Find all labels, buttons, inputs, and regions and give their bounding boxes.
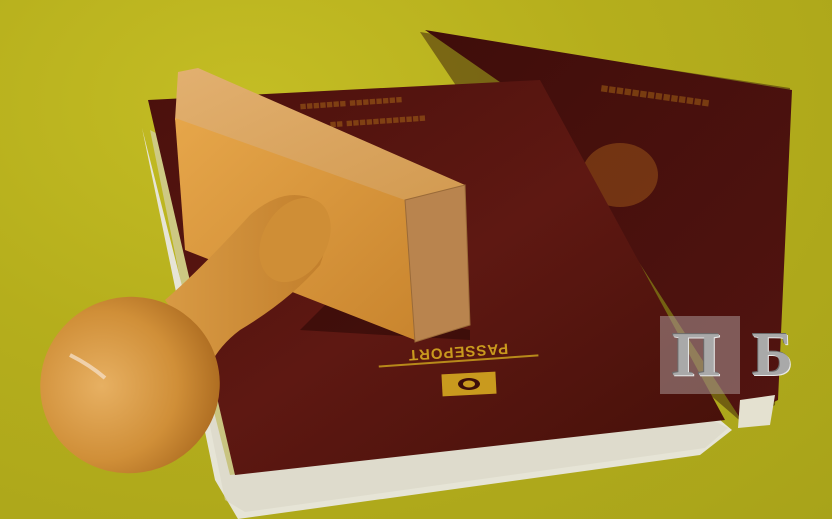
watermark-letter-b: Б: [752, 316, 793, 394]
photo-scene: ■■■■■■■■■■■■■■ ■■■■■■■ ■■■■■■■■ ■■ ■■■■■…: [0, 0, 832, 519]
watermark-logo: П Б: [660, 316, 800, 394]
photo-illustration: ■■■■■■■■■■■■■■ ■■■■■■■ ■■■■■■■■ ■■ ■■■■■…: [0, 0, 832, 519]
watermark-letter-p: П: [672, 316, 720, 394]
biometric-chip-icon: [441, 372, 496, 397]
